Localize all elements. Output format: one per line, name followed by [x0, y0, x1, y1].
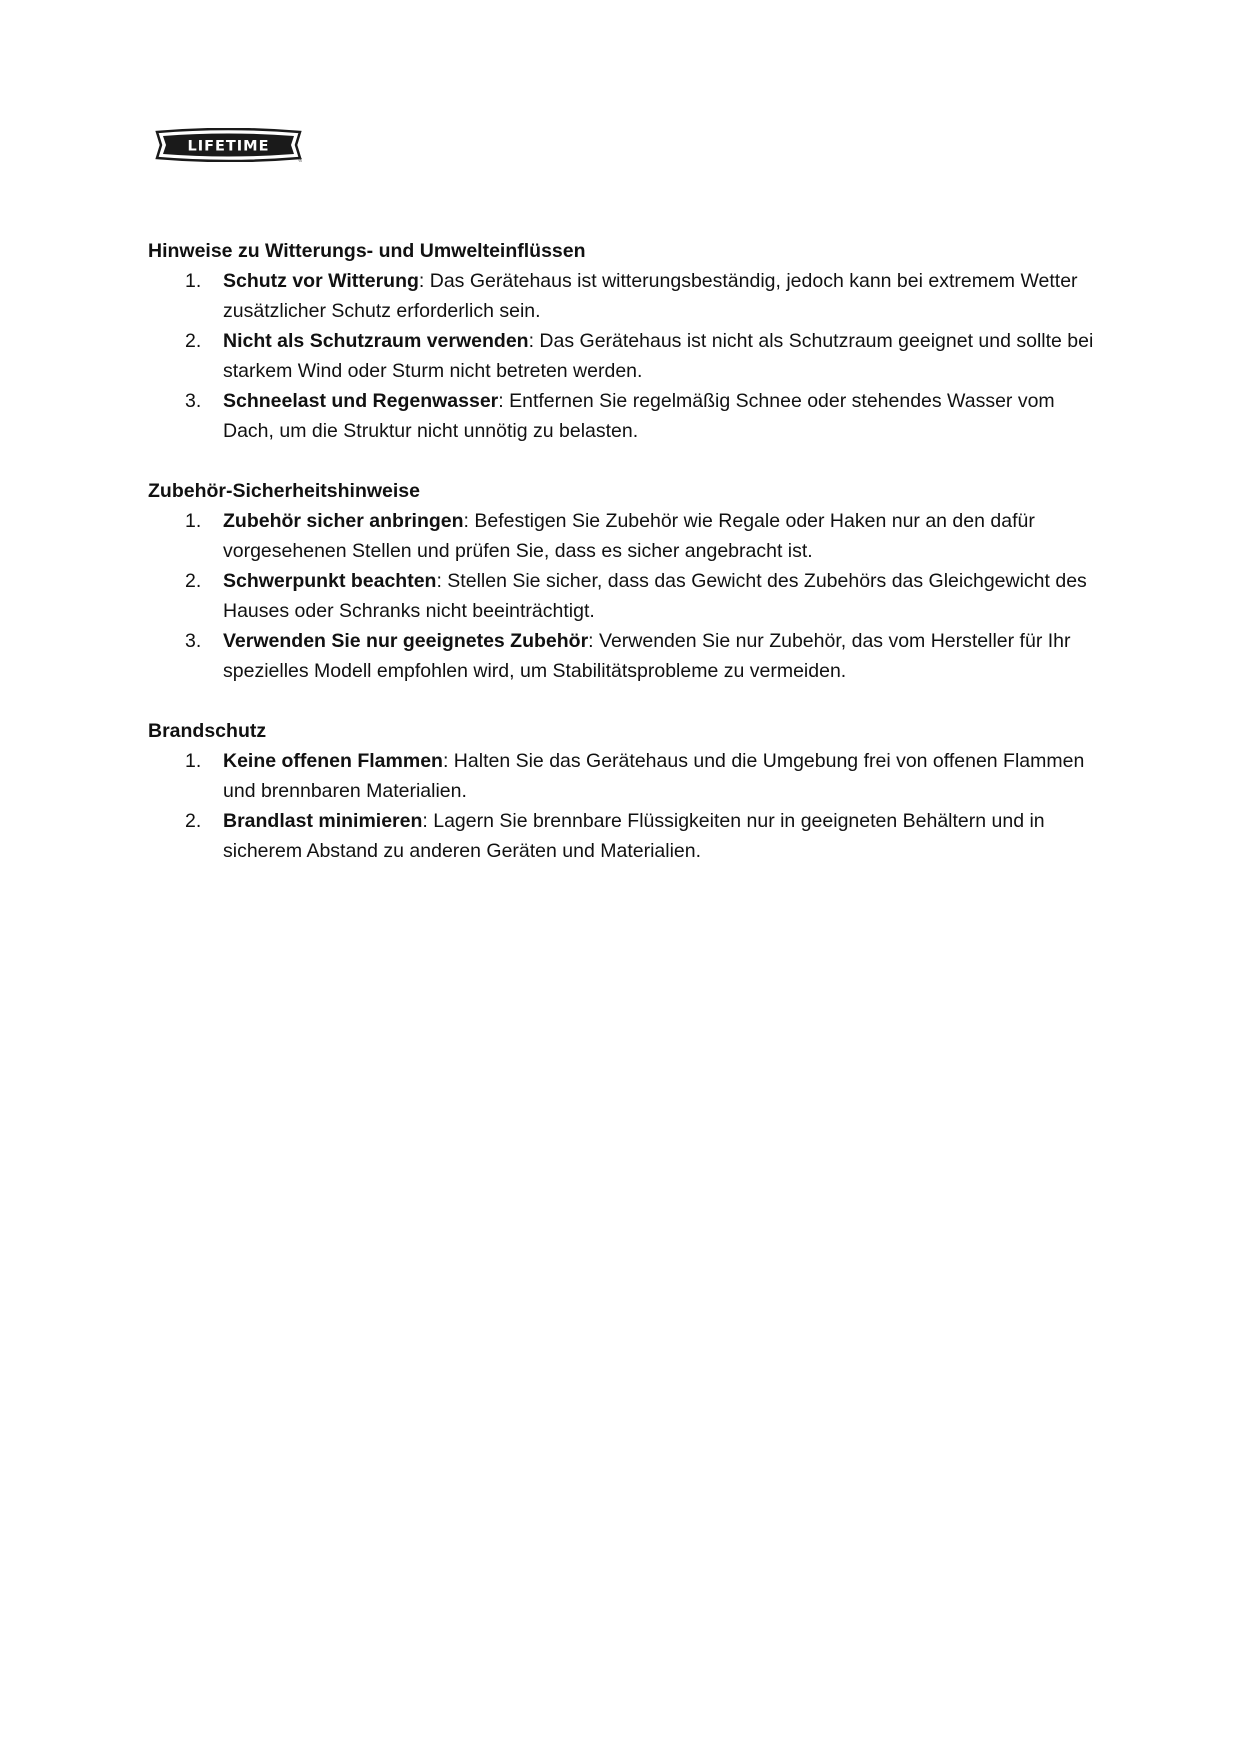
- item-term: Schutz vor Witterung: [223, 270, 419, 292]
- item-term: Keine offenen Flammen: [223, 750, 443, 772]
- item-term: Schneelast und Regenwasser: [223, 390, 498, 412]
- list-item: 3.Schneelast und Regenwasser: Entfernen …: [148, 386, 1108, 446]
- lifetime-logo: LIFETIME ®: [155, 128, 302, 162]
- item-number: 1.: [185, 506, 201, 536]
- item-term: Nicht als Schutzraum verwenden: [223, 330, 529, 352]
- section-accessories: Zubehör-Sicherheitshinweise 1.Zubehör si…: [148, 476, 1108, 686]
- section-fire-protection: Brandschutz 1.Keine offenen Flammen: Hal…: [148, 716, 1108, 866]
- item-number: 2.: [185, 806, 201, 836]
- list-item: 1.Schutz vor Witterung: Das Gerätehaus i…: [148, 266, 1108, 326]
- list-item: 3.Verwenden Sie nur geeignetes Zubehör: …: [148, 626, 1108, 686]
- item-term: Zubehör sicher anbringen: [223, 510, 464, 532]
- numbered-list: 1.Keine offenen Flammen: Halten Sie das …: [148, 746, 1108, 866]
- logo-text: LIFETIME: [187, 139, 269, 155]
- section-weather: Hinweise zu Witterungs- und Umwelteinflü…: [148, 236, 1108, 446]
- numbered-list: 1.Schutz vor Witterung: Das Gerätehaus i…: [148, 266, 1108, 446]
- item-number: 3.: [185, 386, 201, 416]
- numbered-list: 1.Zubehör sicher anbringen: Befestigen S…: [148, 506, 1108, 686]
- document-body: Hinweise zu Witterungs- und Umwelteinflü…: [148, 236, 1108, 896]
- section-title: Zubehör-Sicherheitshinweise: [148, 476, 1108, 506]
- registered-mark: ®: [298, 157, 302, 162]
- item-number: 2.: [185, 326, 201, 356]
- item-number: 2.: [185, 566, 201, 596]
- item-number: 3.: [185, 626, 201, 656]
- item-term: Schwerpunkt beachten: [223, 570, 436, 592]
- item-number: 1.: [185, 266, 201, 296]
- list-item: 2.Nicht als Schutzraum verwenden: Das Ge…: [148, 326, 1108, 386]
- list-item: 1.Zubehör sicher anbringen: Befestigen S…: [148, 506, 1108, 566]
- list-item: 2.Brandlast minimieren: Lagern Sie brenn…: [148, 806, 1108, 866]
- list-item: 1.Keine offenen Flammen: Halten Sie das …: [148, 746, 1108, 806]
- section-title: Brandschutz: [148, 716, 1108, 746]
- list-item: 2.Schwerpunkt beachten: Stellen Sie sich…: [148, 566, 1108, 626]
- item-number: 1.: [185, 746, 201, 776]
- section-title: Hinweise zu Witterungs- und Umwelteinflü…: [148, 236, 1108, 266]
- item-term: Verwenden Sie nur geeignetes Zubehör: [223, 630, 588, 652]
- item-term: Brandlast minimieren: [223, 810, 422, 832]
